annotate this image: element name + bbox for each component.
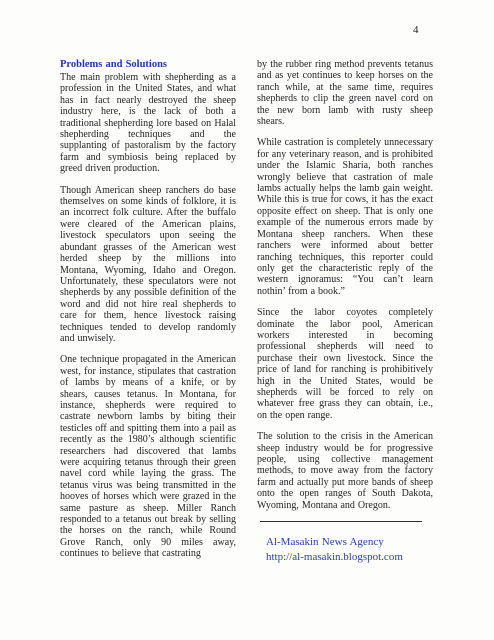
footer: Al-Masakin News Agency http://al-masakin… <box>257 535 433 565</box>
paragraph: While castration is completely unnecessa… <box>257 137 433 297</box>
paragraph: Since the labor coyotes completely domin… <box>257 307 433 421</box>
paragraph: The solution to the crisis in the Americ… <box>257 431 433 511</box>
paragraph: One technique propagated in the American… <box>60 354 236 559</box>
footer-divider <box>260 521 422 522</box>
article-body: Problems and Solutions The main problem … <box>60 59 433 565</box>
paragraph: Though American sheep ranchers do base t… <box>60 185 236 345</box>
agency-name: Al-Masakin News Agency <box>266 535 433 550</box>
paragraph: by the rubber ring method prevents tetan… <box>257 59 433 127</box>
section-heading: Problems and Solutions <box>60 59 236 71</box>
page-number: 4 <box>413 24 419 36</box>
left-column: Problems and Solutions The main problem … <box>60 59 236 565</box>
paragraph: The main problem with shepherding as a p… <box>60 72 236 175</box>
agency-url[interactable]: http://al-masakin.blogspot.com <box>266 550 433 565</box>
right-column: by the rubber ring method prevents tetan… <box>257 59 433 565</box>
